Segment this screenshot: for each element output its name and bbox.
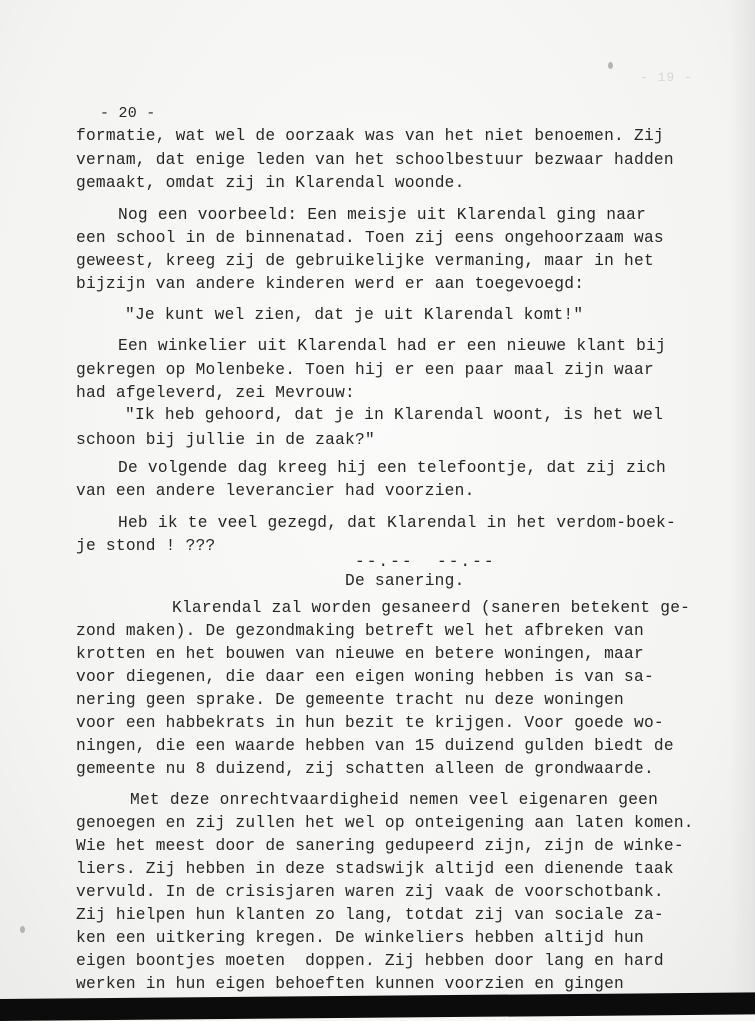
ink-speck [20,926,25,933]
text-line: Een winkelier uit Klarendal had er een n… [118,336,666,356]
text-line: Zij hielpen hun klanten zo lang, totdat … [76,905,664,925]
text-line: voor een habbekrats in hun bezit te krij… [76,713,664,733]
quote-line: schoon bij jullie in de zaak?" [76,430,375,450]
page-edge-shadow [730,0,755,1000]
quote-line: "Ik heb gehoord, dat je in Klarendal woo… [125,405,663,425]
text-line: krotten en het bouwen van nieuwe en bete… [76,644,644,664]
text-line: ken een uitkering kregen. De winkeliers … [76,928,644,948]
text-line: werken in hun eigen behoeften kunnen voo… [76,974,624,994]
text-line: vernam, dat enige leden van het schoolbe… [76,150,674,170]
text-line: De volgende dag kreeg hij een telefoontj… [118,458,666,478]
text-line: een school in de binnenatad. Toen zij ee… [76,228,664,248]
text-line: je stond ! ??? [76,536,216,556]
text-line: ningen, die een waarde hebben van 15 dui… [76,736,674,756]
text-line: eigen boontjes moeten doppen. Zij hebben… [76,951,664,971]
page-number: - 20 - [100,104,156,124]
text-line: Nog een voorbeeld: Een meisje uit Klaren… [118,205,646,225]
bleed-through-page-number: - 19 - [640,70,693,85]
quote-line: "Je kunt wel zien, dat je uit Klarendal … [125,305,583,325]
text-line: liers. Zij hebben in deze stadswijk alti… [76,859,674,879]
section-separator: --.-- --.-- [355,552,496,572]
text-line: gekregen op Molenbeke. Toen hij er een p… [76,360,654,380]
text-line: genoegen en zij zullen het wel op onteig… [76,813,694,833]
document-page: - 19 - - 20 - formatie, wat wel de oorza… [0,0,755,1001]
text-line: had afgeleverd, zei Mevrouw: [76,383,355,403]
text-line: vervuld. In de crisisjaren waren zij vaa… [76,882,664,902]
text-line: gemeente nu 8 duizend, zij schatten alle… [76,759,654,779]
text-line: Heb ik te veel gezegd, dat Klarendal in … [118,513,676,533]
text-line: nering geen sprake. De gemeente tracht n… [76,690,624,710]
section-heading: De sanering. [345,571,465,591]
text-line: Klarendal zal worden gesaneerd (saneren … [172,598,690,618]
text-line: Wie het meest door de sanering gedupeerd… [76,836,684,856]
text-line: geweest, kreeg zij de gebruikelijke verm… [76,251,654,271]
text-line: zond maken). De gezondmaking betreft wel… [76,621,644,641]
text-line: gemaakt, omdat zij in Klarendal woonde. [76,173,465,193]
ink-speck [608,62,613,69]
text-line: formatie, wat wel de oorzaak was van het… [76,126,664,146]
text-line: voor diegenen, die daar een eigen woning… [76,667,654,687]
text-line: van een andere leverancier had voorzien. [76,481,475,501]
text-line: bijzijn van andere kinderen werd er aan … [76,274,584,294]
text-line: Met deze onrechtvaardigheid nemen veel e… [130,790,658,810]
